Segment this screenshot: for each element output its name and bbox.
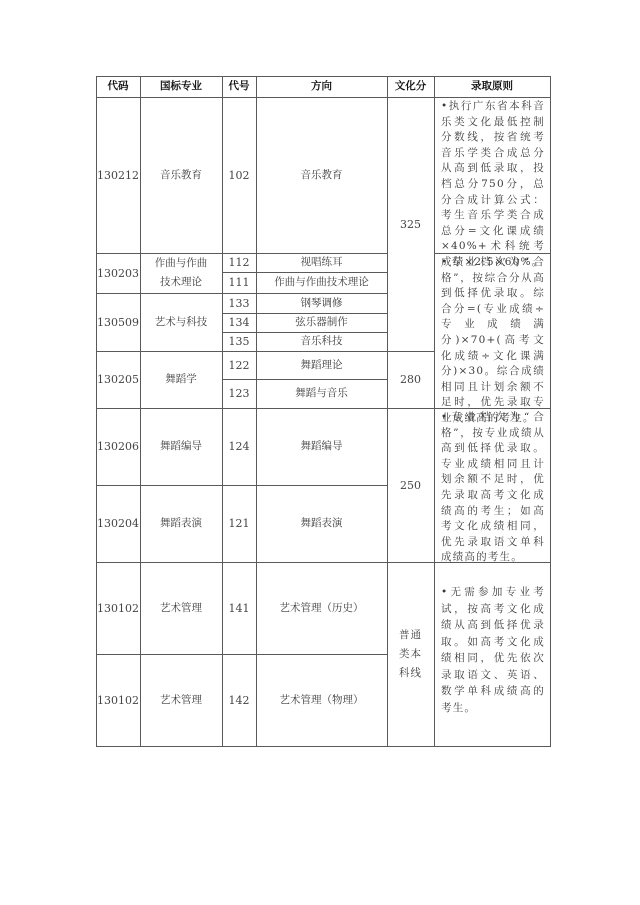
row-divider — [222, 313, 387, 314]
direction-code-cell: 142 — [222, 654, 256, 746]
row-divider — [222, 332, 387, 333]
admission-rule-cell: •专业档次为“合格”，按综合分从高到低择优录取。综合分=(专业成绩÷专业成绩满分… — [434, 253, 550, 408]
culture-score-cell: 普通类本科线 — [387, 562, 434, 746]
row-divider — [96, 97, 551, 98]
row-divider — [96, 351, 434, 352]
direction-code-cell: 141 — [222, 562, 256, 654]
header-major: 国标专业 — [140, 76, 222, 97]
column-divider — [140, 76, 141, 747]
row-divider — [96, 654, 387, 655]
major-code-cell: 130102 — [96, 562, 140, 654]
major-name-cell: 艺术与科技 — [140, 293, 222, 351]
direction-code-cell: 124 — [222, 408, 256, 485]
culture-score-cell: 280 — [387, 351, 434, 408]
major-code-cell: 130212 — [96, 97, 140, 253]
major-name-cell: 舞蹈表演 — [140, 485, 222, 562]
row-divider — [96, 562, 551, 563]
direction-name-cell: 音乐科技 — [256, 332, 387, 351]
column-divider — [387, 76, 388, 747]
header-culture-score: 文化分 — [387, 76, 434, 97]
row-divider — [434, 253, 551, 254]
row-divider — [96, 485, 387, 486]
direction-code-cell: 112 — [222, 253, 256, 272]
direction-name-cell: 艺术管理（历史） — [256, 562, 387, 654]
major-code-cell: 130205 — [96, 351, 140, 408]
table-border-top — [96, 76, 551, 77]
direction-name-cell: 舞蹈编导 — [256, 408, 387, 485]
column-divider — [222, 76, 223, 747]
direction-name-cell: 作曲与作曲技术理论 — [256, 272, 387, 293]
major-code-cell: 130204 — [96, 485, 140, 562]
direction-name-cell: 弦乐器制作 — [256, 313, 387, 332]
major-code-cell: 130203 — [96, 253, 140, 293]
column-divider — [256, 76, 257, 747]
major-name-cell: 艺术管理 — [140, 562, 222, 654]
direction-name-cell: 艺术管理（物理） — [256, 654, 387, 746]
culture-score-cell: 325 — [387, 97, 434, 351]
major-code-cell: 130509 — [96, 293, 140, 351]
direction-code-cell: 122 — [222, 351, 256, 379]
header-admission-rule: 录取原则 — [434, 76, 550, 97]
major-code-cell: 130102 — [96, 654, 140, 746]
admission-rule-cell: •专业档次为“合格”，按专业成绩从高到低择优录取。专业成绩相同且计划余额不足时，… — [434, 408, 550, 562]
major-name-cell: 艺术管理 — [140, 654, 222, 746]
direction-name-cell: 音乐教育 — [256, 97, 387, 253]
direction-code-cell: 135 — [222, 332, 256, 351]
major-name-cell: 作曲与作曲技术理论 — [140, 253, 222, 293]
major-name-cell: 音乐教育 — [140, 97, 222, 253]
direction-code-cell: 102 — [222, 97, 256, 253]
direction-name-cell: 钢琴调修 — [256, 293, 387, 313]
direction-name-cell: 舞蹈理论 — [256, 351, 387, 379]
header-code: 代码 — [96, 76, 140, 97]
row-divider — [96, 408, 551, 409]
major-name-cell: 舞蹈学 — [140, 351, 222, 408]
table-border-left — [96, 76, 97, 747]
major-code-cell: 130206 — [96, 408, 140, 485]
direction-name-cell: 视唱练耳 — [256, 253, 387, 272]
direction-code-cell: 133 — [222, 293, 256, 313]
direction-code-cell: 123 — [222, 379, 256, 408]
admission-rule-cell: •执行广东省本科音乐类文化最低控制分数线，按省统考音乐学类合成总分从高到低录取，… — [434, 97, 550, 253]
row-divider — [222, 379, 387, 380]
header-direction: 方向 — [256, 76, 387, 97]
culture-score-cell: 250 — [387, 408, 434, 562]
table-border-right — [550, 76, 551, 747]
direction-code-cell: 111 — [222, 272, 256, 293]
table-border-bottom — [96, 746, 551, 747]
admission-rule-cell: •无需参加专业考试，按高考文化成绩从高到低择优录取。如高考文化成绩相同，优先依次… — [434, 562, 550, 746]
column-divider — [434, 76, 435, 747]
row-divider — [222, 272, 387, 273]
row-divider — [96, 253, 387, 254]
header-direction-code: 代号 — [222, 76, 256, 97]
direction-name-cell: 舞蹈与音乐 — [256, 379, 387, 408]
direction-name-cell: 舞蹈表演 — [256, 485, 387, 562]
direction-code-cell: 121 — [222, 485, 256, 562]
row-divider — [96, 293, 387, 294]
major-name-cell: 舞蹈编导 — [140, 408, 222, 485]
direction-code-cell: 134 — [222, 313, 256, 332]
